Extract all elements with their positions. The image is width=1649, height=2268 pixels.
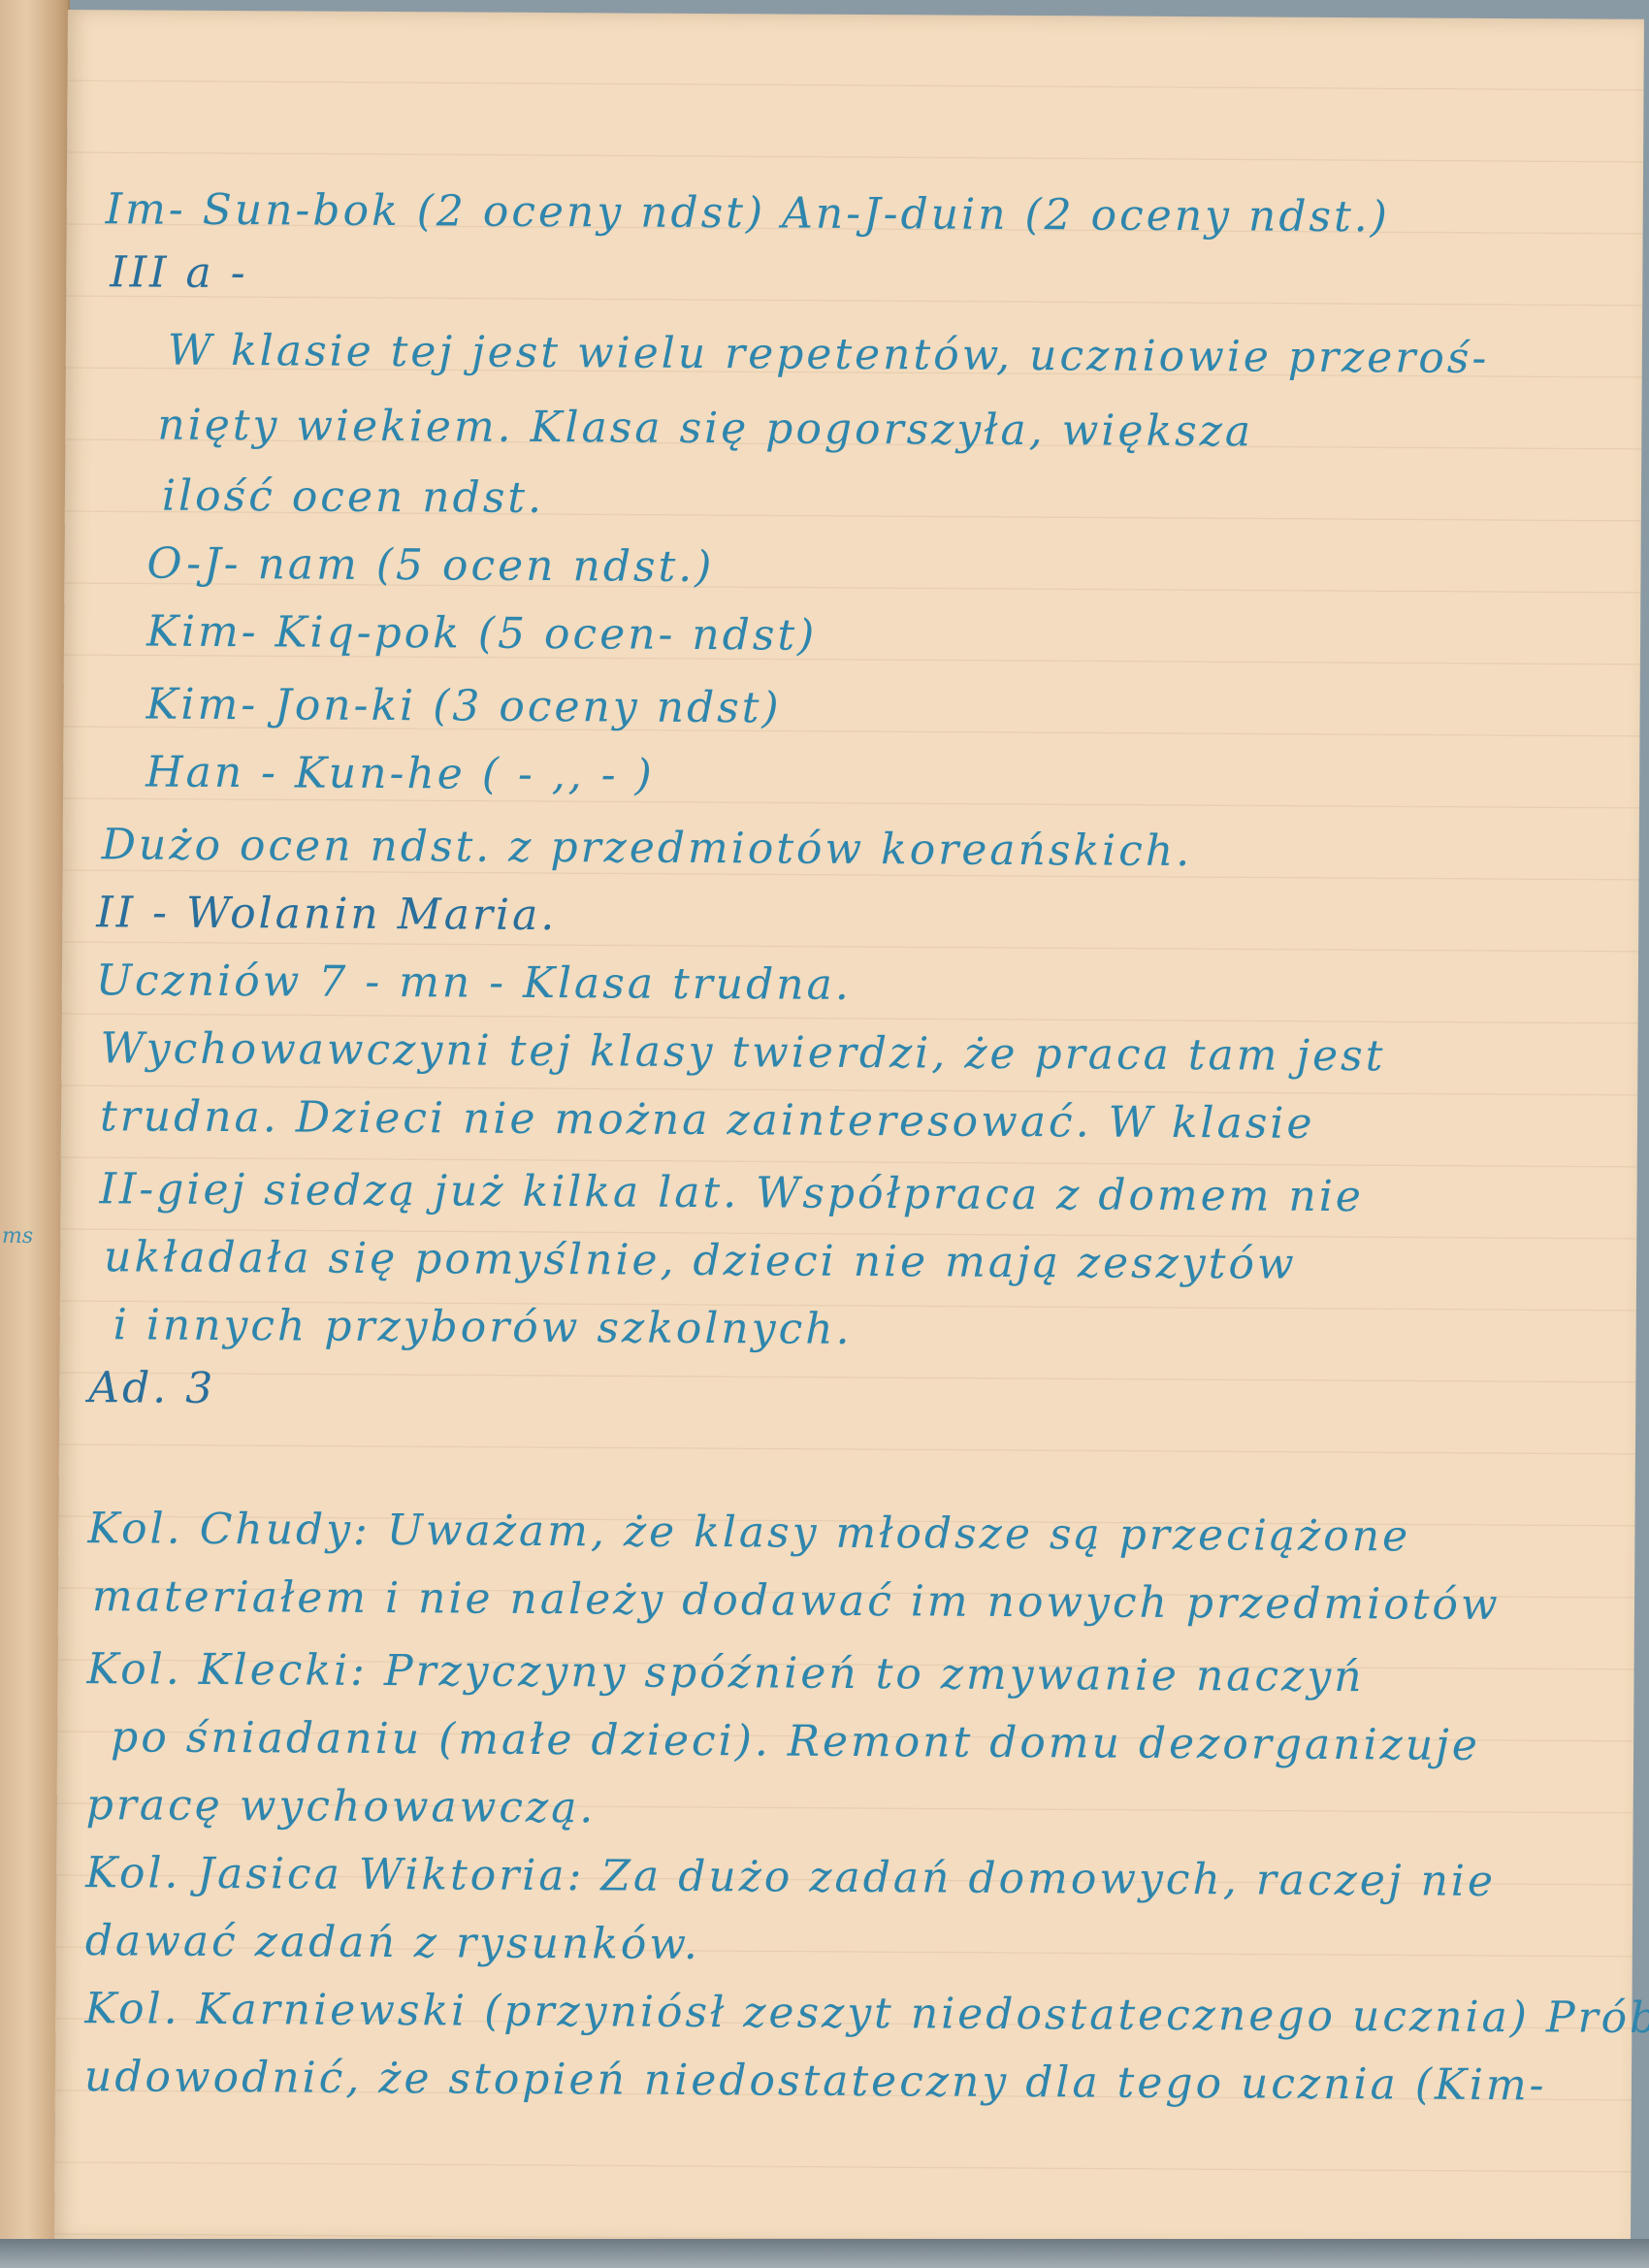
- text-line: Kol. Jasica Wiktoria: Za dużo zadań domo…: [85, 1848, 1496, 1906]
- text-line: Dużo ocen ndst. z przedmiotów koreańskic…: [102, 820, 1193, 876]
- text-line: Han - Kun-he ( - ,, - ): [145, 748, 655, 800]
- text-line: Kol. Karniewski (przyniósł zeszyt niedos…: [84, 1984, 1649, 2044]
- scanner-background: [0, 2239, 1649, 2268]
- text-line: udowodnić, że stopień niedostateczny dla…: [84, 2052, 1547, 2110]
- text-line: Uczniów 7 - mn - Klasa trudna.: [96, 956, 852, 1010]
- text-line: dawać zadań z rysunków.: [85, 1916, 700, 1969]
- text-line: układała się pomyślnie, dzieci nie mają …: [104, 1232, 1297, 1289]
- text-line: Kol. Chudy: Uważam, że klasy młodsze są …: [87, 1504, 1410, 1561]
- text-line: materiałem i nie należy dodawać im nowyc…: [92, 1571, 1501, 1630]
- text-line: trudna. Dzieci nie można zainteresować. …: [100, 1091, 1315, 1149]
- text-line: pracę wychowawczą.: [86, 1780, 597, 1832]
- text-line: po śniadaniu (małe dzieci). Remont domu …: [111, 1712, 1480, 1770]
- text-line: nięty wiekiem. Klasa się pogorszyła, wię…: [157, 401, 1253, 457]
- text-line: Kim- Jon-ki (3 oceny ndst): [145, 680, 781, 733]
- text-line: Wychowawczyni tej klasy twierdzi, że pra…: [100, 1023, 1385, 1081]
- text-line: Im- Sun-bok (2 oceny ndst) An-J-duin (2 …: [106, 184, 1390, 242]
- text-line: W klasie tej jest wielu repetentów, uczn…: [168, 326, 1490, 383]
- section-heading: III a -: [110, 247, 248, 298]
- text-line: Kol. Klecki: Przyczyny spóźnień to zmywa…: [86, 1644, 1364, 1701]
- text-line: II-giej siedzą już kilka lat. Współpraca…: [99, 1164, 1364, 1221]
- text-line: ilość ocen ndst.: [162, 471, 544, 523]
- section-heading: II - Wolanin Maria.: [96, 888, 557, 940]
- margin-note: ms: [2, 1224, 33, 1248]
- text-line: Kim- Kiq-pok (5 ocen- ndst): [146, 607, 818, 661]
- notebook-page: Im- Sun-bok (2 oceny ndst) An-J-duin (2 …: [54, 10, 1644, 2251]
- text-line: O-J- nam (5 ocen ndst.): [146, 539, 714, 593]
- text-line: i innych przyborów szkolnych.: [113, 1300, 853, 1354]
- section-heading: Ad. 3: [88, 1363, 215, 1413]
